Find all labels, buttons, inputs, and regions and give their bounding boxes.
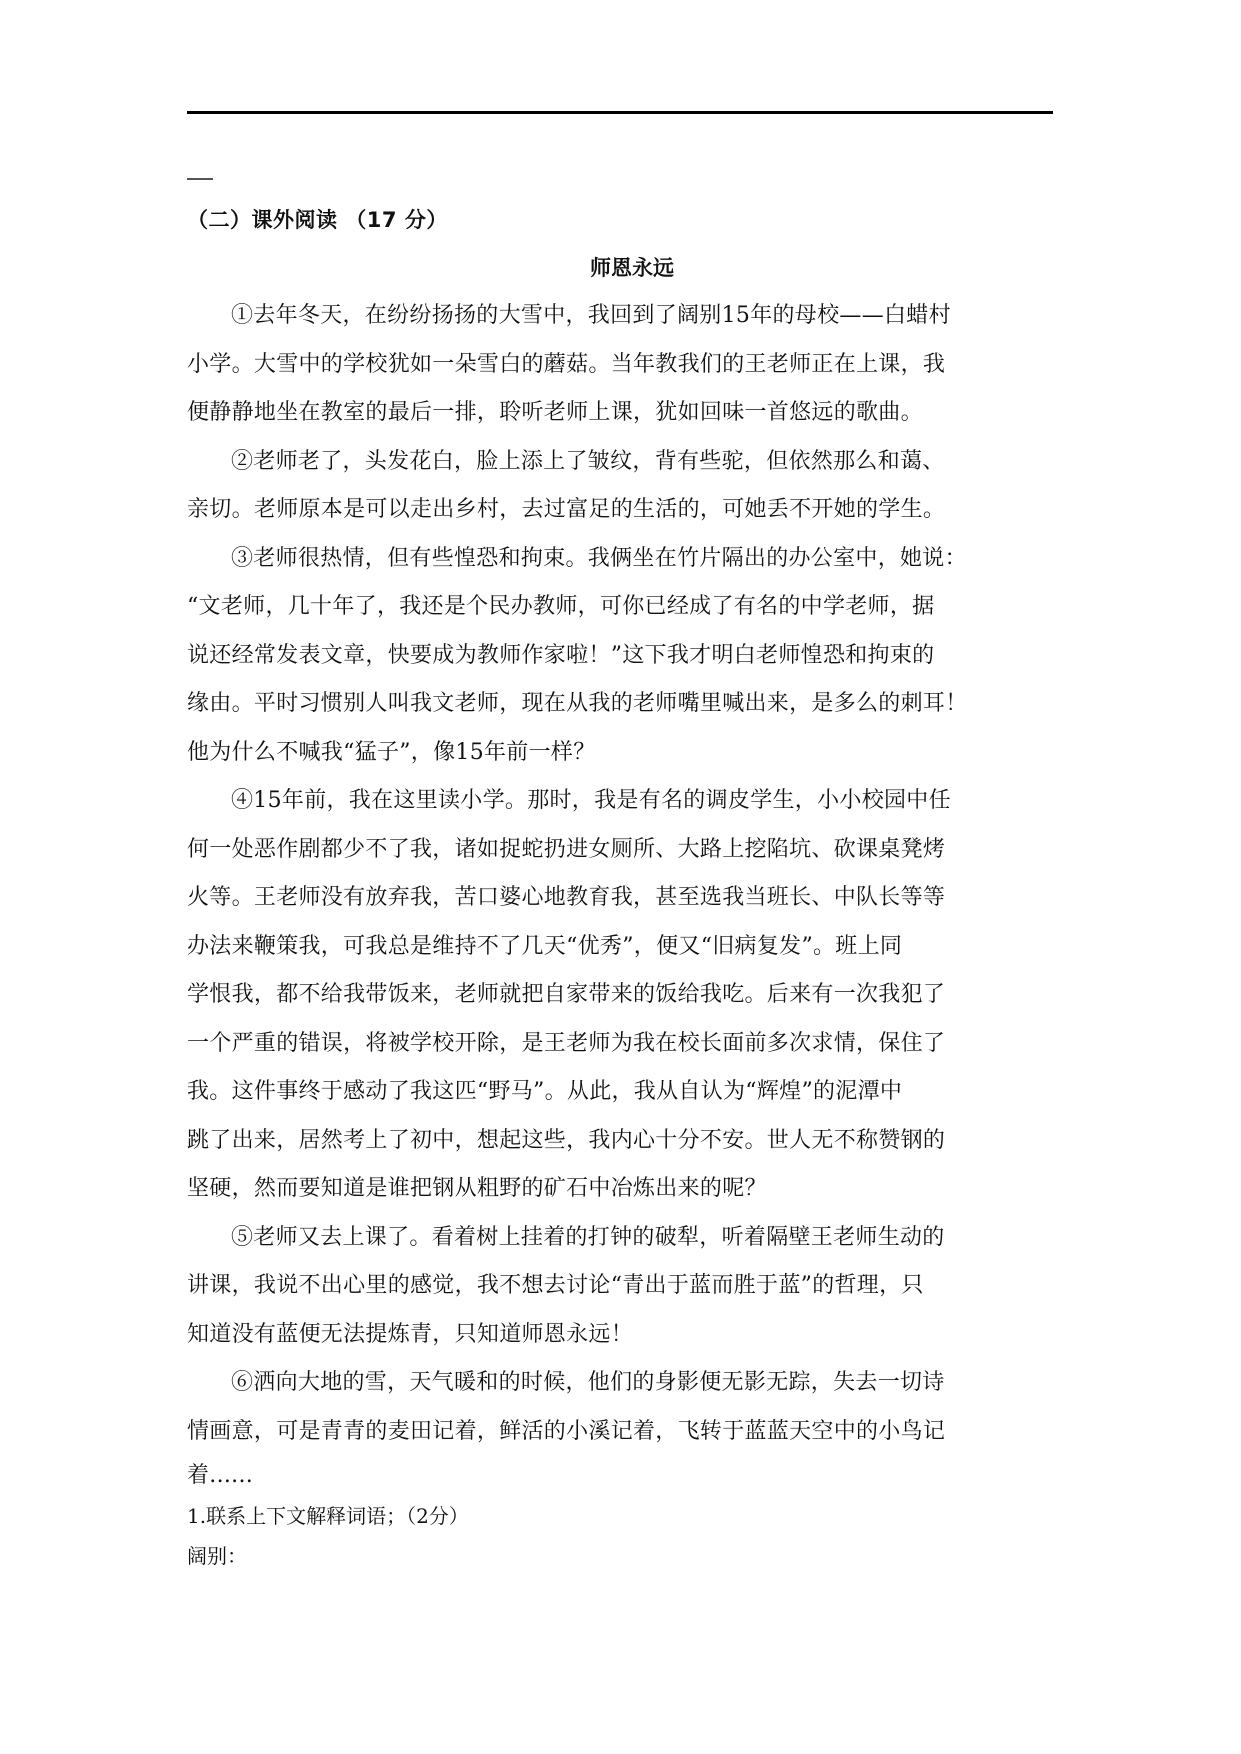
paragraph-line: ②老师老了，头发花白，脸上添上了皱纹，背有些驼，但依然那么和蔼、 xyxy=(187,438,1057,487)
paragraph-line: 他为什么不喊我“猛子”，像15年前一样？ xyxy=(187,729,1057,778)
paragraph-line: 知道没有蓝便无法提炼青，只知道师恩永远！ xyxy=(187,1311,1057,1360)
paragraph-6: ⑥洒向大地的雪，天气暖和的时候，他们的身影便无影无踪，失去一切诗 情画意，可是青… xyxy=(187,1359,1057,1496)
section-heading: （二）课外阅读 （17 分） xyxy=(187,196,1057,244)
paragraph-line: 讲课，我说不出心里的感觉，我不想去讨论“青出于蓝而胜于蓝”的哲理，只 xyxy=(187,1262,1057,1311)
paragraph-line: 说还经常发表文章，快要成为教师作家啦！”这下我才明白老师惶恐和拘束的 xyxy=(187,632,1057,681)
paragraph-5: ⑤老师又去上课了。看着树上挂着的打钟的破犁，听着隔壁王老师生动的 讲课，我说不出… xyxy=(187,1214,1057,1360)
paragraph-3: ③老师很热情，但有些惶恐和拘束。我俩坐在竹片隔出的办公室中，她说： “文老师，几… xyxy=(187,535,1057,778)
paragraph-line: ⑥洒向大地的雪，天气暖和的时候，他们的身影便无影无踪，失去一切诗 xyxy=(187,1359,1057,1408)
short-dash-mark xyxy=(187,178,213,180)
article-title: 师恩永远 xyxy=(187,244,1057,292)
paragraph-line: 便静静地坐在教室的最后一排，聆听老师上课，犹如回味一首悠远的歌曲。 xyxy=(187,389,1057,438)
paragraph-line: 小学。大雪中的学校犹如一朵雪白的蘑菇。当年教我们的王老师正在上课，我 xyxy=(187,341,1057,390)
paragraph-line: 一个严重的错误，将被学校开除，是王老师为我在校长面前多次求情，保住了 xyxy=(187,1020,1057,1069)
paragraph-line: 我。这件事终于感动了我这匹“野马”。从此，我从自认为“辉煌”的泥潭中 xyxy=(187,1068,1057,1117)
paragraph-1: ①去年冬天，在纷纷扬扬的大雪中，我回到了阔别15年的母校——白蜡村 小学。大雪中… xyxy=(187,292,1057,438)
question-prompt: 1.联系上下文解释词语；（2分） xyxy=(187,1496,1057,1536)
paragraph-line: 着...... xyxy=(187,1456,1057,1496)
paragraph-2: ②老师老了，头发花白，脸上添上了皱纹，背有些驼，但依然那么和蔼、 亲切。老师原本… xyxy=(187,438,1057,535)
paragraph-line: 情画意，可是青青的麦田记着，鲜活的小溪记着，飞转于蓝蓝天空中的小鸟记 xyxy=(187,1408,1057,1457)
paragraph-line: ⑤老师又去上课了。看着树上挂着的打钟的破犁，听着隔壁王老师生动的 xyxy=(187,1214,1057,1263)
question-term-label: 阔别： xyxy=(187,1536,1057,1576)
paragraph-line: 亲切。老师原本是可以走出乡村，去过富足的生活的，可她丢不开她的学生。 xyxy=(187,486,1057,535)
header-rule xyxy=(187,111,1053,114)
reading-section: （二）课外阅读 （17 分） 师恩永远 ①去年冬天，在纷纷扬扬的大雪中，我回到了… xyxy=(187,196,1057,1576)
paragraph-line: 缘由。平时习惯别人叫我文老师，现在从我的老师嘴里喊出来，是多么的刺耳！ xyxy=(187,680,1057,729)
paragraph-line: 跳了出来，居然考上了初中，想起这些，我内心十分不安。世人无不称赞钢的 xyxy=(187,1117,1057,1166)
paragraph-line: 办法来鞭策我，可我总是维持不了几天“优秀”，便又“旧病复发”。班上同 xyxy=(187,923,1057,972)
paragraph-line: 坚硬，然而要知道是谁把钢从粗野的矿石中冶炼出来的呢？ xyxy=(187,1165,1057,1214)
paragraph-4: ④15年前，我在这里读小学。那时，我是有名的调皮学生，小小校园中任 何一处恶作剧… xyxy=(187,777,1057,1214)
paragraph-line: 火等。王老师没有放弃我，苦口婆心地教育我，甚至选我当班长、中队长等等 xyxy=(187,874,1057,923)
paragraph-line: ①去年冬天，在纷纷扬扬的大雪中，我回到了阔别15年的母校——白蜡村 xyxy=(187,292,1057,341)
paragraph-line: 何一处恶作剧都少不了我，诸如捉蛇扔进女厕所、大路上挖陷坑、砍课桌凳烤 xyxy=(187,826,1057,875)
paragraph-line: ④15年前，我在这里读小学。那时，我是有名的调皮学生，小小校园中任 xyxy=(187,777,1057,826)
paragraph-line: “文老师，几十年了，我还是个民办教师，可你已经成了有名的中学老师，据 xyxy=(187,583,1057,632)
paragraph-line: ③老师很热情，但有些惶恐和拘束。我俩坐在竹片隔出的办公室中，她说： xyxy=(187,535,1057,584)
paragraph-line: 学恨我，都不给我带饭来，老师就把自家带来的饭给我吃。后来有一次我犯了 xyxy=(187,971,1057,1020)
